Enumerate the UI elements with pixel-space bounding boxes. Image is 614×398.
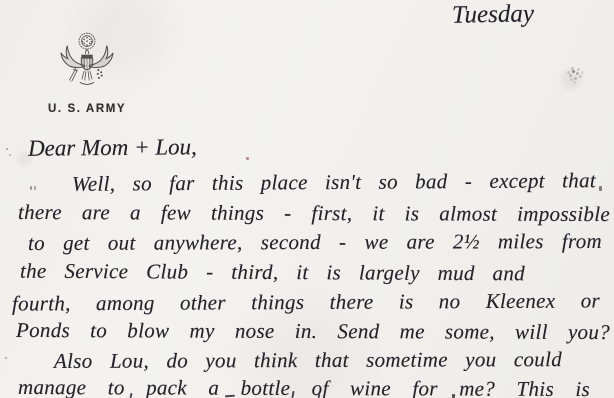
handwritten-line: there are a few things - first, it is al…	[18, 199, 610, 227]
scan-speckle	[30, 186, 32, 190]
letter-page: Tuesday	[0, 0, 614, 398]
scan-speckle	[599, 186, 602, 191]
handwritten-line: the Service Club - third, it is largely …	[20, 258, 525, 287]
handwritten-line: Well, so far this place isn't so bad - e…	[72, 167, 596, 197]
scan-speckle	[246, 157, 249, 160]
scan-speckle	[5, 357, 7, 359]
handwritten-line: to get out anywhere, second - we are 2½ …	[28, 228, 602, 256]
handwritten-line: fourth, among other things there is no K…	[12, 287, 600, 316]
handwritten-line: Also Lou, do you think that sometime you…	[54, 346, 562, 374]
army-letterhead-text: U. S. ARMY	[48, 103, 126, 115]
handwritten-line: manage to pack a bottle of wine for me? …	[18, 374, 590, 398]
salutation: Dear Mom + Lou,	[28, 134, 197, 161]
scan-smudge	[572, 70, 575, 73]
cutoff-line-stroke	[452, 394, 456, 398]
handwritten-line: Ponds to blow my nose in. Send me some, …	[16, 317, 610, 345]
date-handwriting: Tuesday	[452, 0, 534, 29]
army-letterhead: U. S. ARMY	[48, 30, 126, 115]
scan-speckle	[6, 148, 8, 150]
us-army-eagle-seal-icon	[53, 30, 121, 102]
